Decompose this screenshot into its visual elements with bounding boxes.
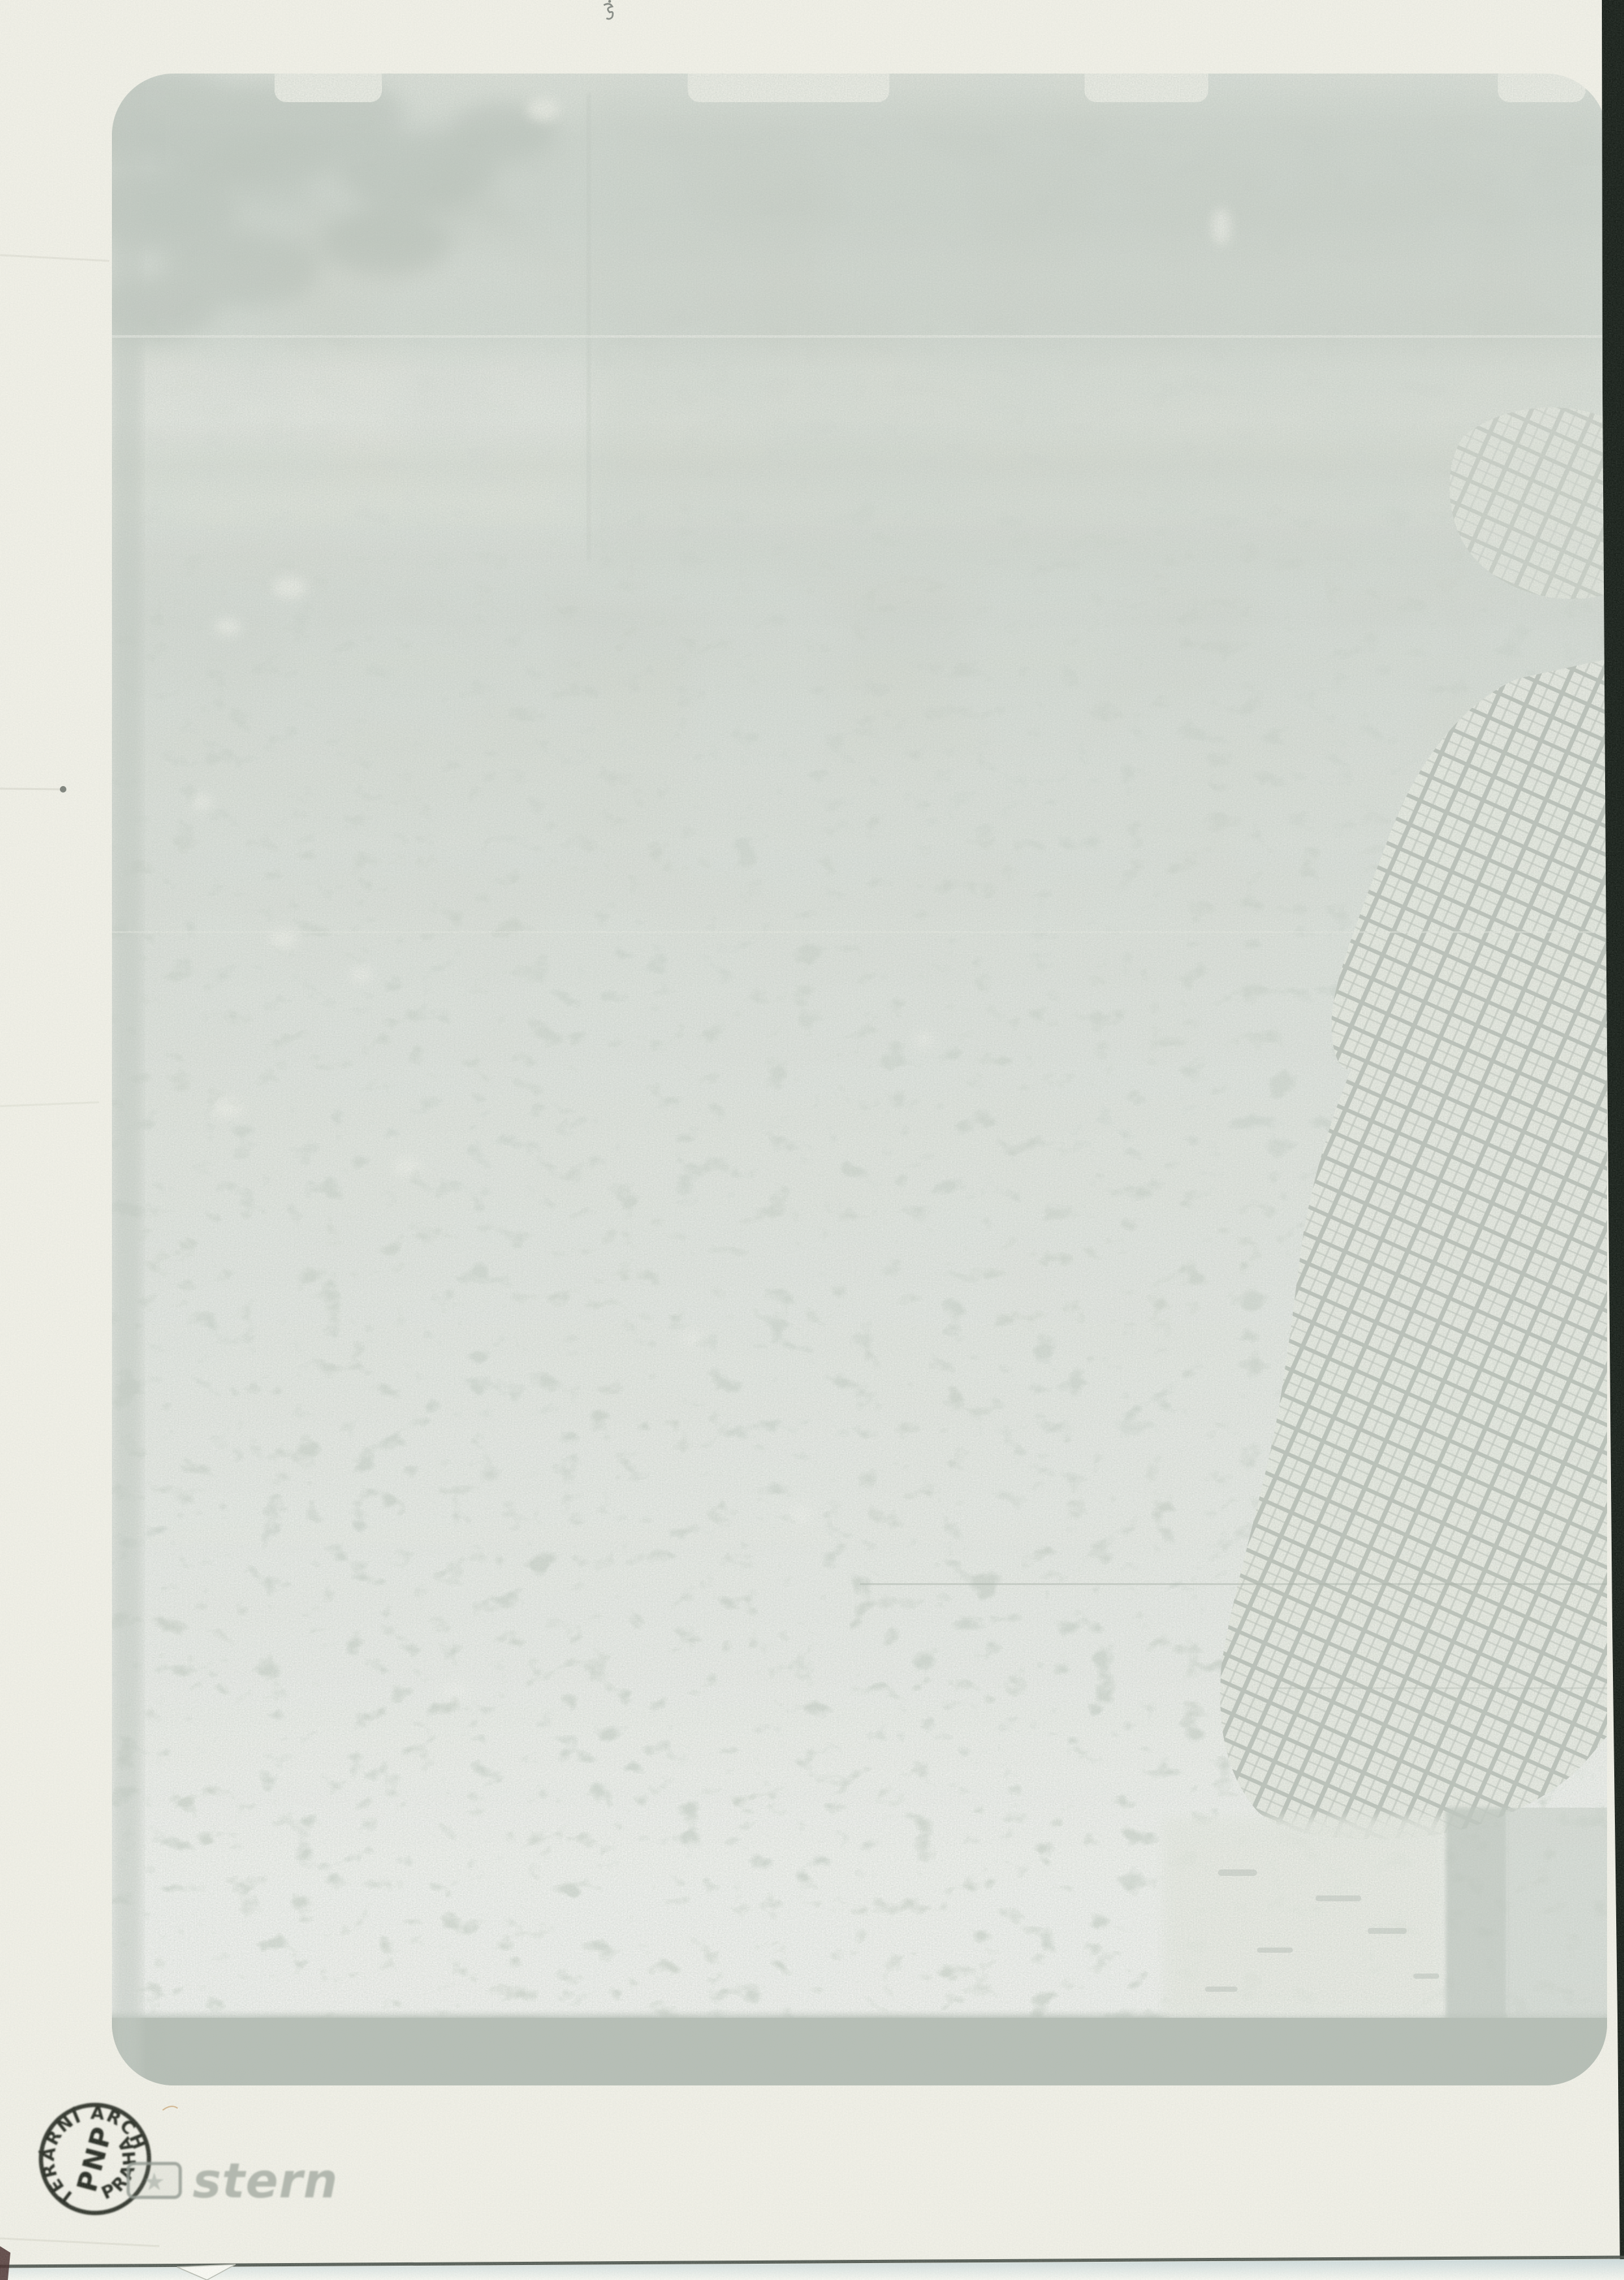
scanned-page: LITERÁRNÍ ARCHIV PRAHA PNP ★ stern xyxy=(0,0,1624,2280)
paper-grain xyxy=(0,0,1624,2280)
scan-artwork: LITERÁRNÍ ARCHIV PRAHA PNP ★ stern xyxy=(0,0,1624,2280)
